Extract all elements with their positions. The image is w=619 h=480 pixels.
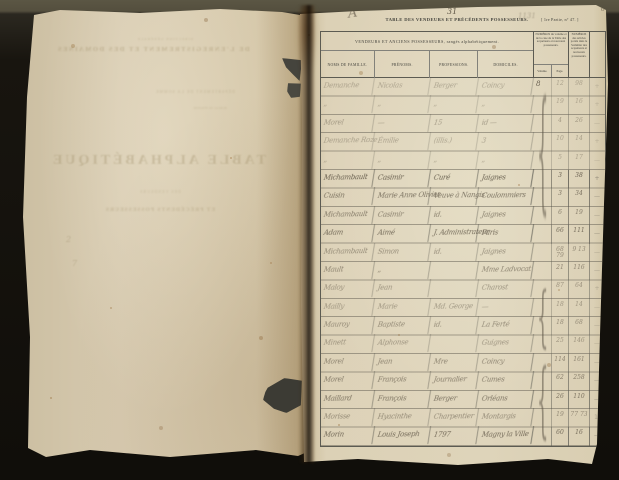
- cell-prenom: „: [372, 261, 431, 280]
- cell-nom: Demanche Roze: [318, 132, 375, 151]
- cell-page: 12: [552, 78, 569, 96]
- cell-domicile: Guignes: [476, 335, 534, 354]
- volume-page-labels: Volume. Page.: [534, 64, 568, 77]
- cell-obs: —: [590, 152, 604, 170]
- cell-volume: [534, 391, 552, 409]
- cell-obs: —: [590, 244, 604, 262]
- cell-page: 19: [552, 96, 569, 114]
- cell-page: 26: [552, 391, 569, 409]
- cell-domicile: La Ferté: [476, 316, 534, 335]
- cell-volume: [534, 115, 552, 133]
- cell-domicile: „: [476, 151, 534, 170]
- cell-prenom: —: [372, 114, 431, 133]
- cell-page: 21: [552, 262, 569, 280]
- cell-nom: Michambault: [318, 169, 375, 188]
- cell-page: 25: [552, 335, 569, 353]
- cell-domicile: „: [476, 95, 534, 114]
- ink-stain-patch: [263, 378, 302, 413]
- part-reference: [ 1re Partie, n° 47. ]: [541, 17, 599, 22]
- cell-obs: —: [590, 188, 604, 206]
- table-group-header: VENDEURS ET ANCIENS POSSESSEURS, rangés …: [321, 32, 533, 51]
- cell-volume: [534, 262, 552, 280]
- cell-article: 14: [569, 133, 590, 151]
- cell-volume: [534, 427, 552, 445]
- cell-page: 62: [552, 372, 569, 390]
- cell-page: 66: [552, 225, 569, 243]
- cell-nom: Maillard: [318, 390, 375, 409]
- cell-nom: Michambault: [318, 206, 375, 225]
- cell-article: 19: [569, 207, 590, 225]
- cell-nom: Demanche: [318, 77, 375, 96]
- handwritten-number: 31: [447, 7, 457, 16]
- col-header-prenoms: PRÉNOMS.: [375, 51, 431, 78]
- table-row: MaillyMarieMd. George—1814—: [321, 299, 605, 317]
- cell-volume: [534, 372, 552, 390]
- cell-page: 87: [552, 280, 569, 298]
- cell-article: 16: [569, 427, 590, 445]
- cell-prenom: Jean: [372, 279, 431, 298]
- cell-article: 161: [569, 354, 590, 372]
- cell-obs: —: [590, 115, 604, 133]
- cell-domicile: Paris: [476, 224, 534, 243]
- cell-prenom: Simon: [372, 243, 431, 262]
- cell-nom: Morin: [318, 426, 375, 445]
- scanned-register-spread: DIRECTION GÉNÉRALE DE L'ENREGISTREMENT E…: [0, 0, 619, 480]
- cell-domicile: Coincy: [476, 353, 534, 372]
- cell-domicile: id —: [476, 114, 534, 133]
- col-header-noms: NOMS DE FAMILLE.: [321, 51, 375, 78]
- table-body: DemancheNicolasBergerCoincy1298+„„„„1916…: [321, 78, 605, 446]
- cell-obs: +: [590, 133, 604, 151]
- cell-prenom: François: [372, 390, 431, 409]
- cell-article: 116: [569, 262, 590, 280]
- cell-article: 38: [569, 170, 590, 188]
- cell-page: 5: [552, 152, 569, 170]
- cell-profession: id.: [428, 316, 479, 335]
- cell-volume: [534, 299, 552, 317]
- cell-profession: „: [428, 151, 479, 170]
- cell-volume: [534, 78, 552, 96]
- cell-volume: [534, 152, 552, 170]
- cell-profession: Md. George: [428, 298, 479, 317]
- cell-article: 17: [569, 152, 590, 170]
- cell-nom: Morel: [318, 371, 375, 390]
- cell-volume: [534, 317, 552, 335]
- cell-prenom: Nicolas: [372, 77, 431, 96]
- cell-page: 19: [552, 409, 569, 427]
- cell-prenom: Hyacinthe: [372, 408, 431, 427]
- cell-volume: [534, 133, 552, 151]
- cell-profession: 1797: [428, 427, 479, 446]
- page-label: Page.: [552, 65, 569, 77]
- cell-nom: Morel: [318, 114, 375, 133]
- cell-obs: —: [590, 207, 604, 225]
- handwritten-corner-note: 1131: [518, 12, 536, 20]
- cell-nom: Michambault: [318, 243, 375, 262]
- ghost-line-1: DIRECTION GÉNÉRALE: [60, 37, 270, 41]
- cell-obs: —: [590, 372, 604, 390]
- cell-volume: [534, 207, 552, 225]
- cell-obs: —: [590, 262, 604, 280]
- cell-prenom: Baptiste: [372, 316, 431, 335]
- cell-profession: id.: [428, 206, 479, 225]
- cell-prenom: Casimir: [372, 206, 431, 225]
- cell-article: 111: [569, 225, 590, 243]
- cell-prenom: Marie Anne Olivier: [372, 187, 431, 206]
- cell-volume: [534, 96, 552, 114]
- cell-obs: —: [590, 391, 604, 409]
- table-row: MorisseHyacintheCharpentierMontargis1977…: [321, 409, 605, 427]
- cell-nom: Mailly: [318, 298, 375, 317]
- cell-volume: [534, 354, 552, 372]
- cell-article: 64: [569, 280, 590, 298]
- numeros-volume-text: NUMÉROS du volume et de la case de la Ta…: [534, 32, 568, 64]
- cell-domicile: 3: [476, 132, 534, 151]
- cell-prenom: „: [372, 95, 431, 114]
- cell-article: 14: [569, 299, 590, 317]
- cell-obs: —: [590, 354, 604, 372]
- cell-profession: 15: [428, 114, 479, 133]
- table-row: MinettAlphonseGuignes25146—: [321, 335, 605, 353]
- cell-volume: [534, 244, 552, 262]
- table-row: CuisinMarie Anne OlivierVeuve à NangisCo…: [321, 188, 605, 206]
- cell-domicile: Coincy: [476, 77, 534, 96]
- col-header-domiciles: DOMICILES.: [478, 51, 533, 78]
- cell-nom: Morisse: [318, 408, 375, 427]
- cell-volume: [534, 280, 552, 298]
- col-header-professions: PROFESSIONS.: [430, 51, 478, 78]
- cell-article: 77 73: [569, 409, 590, 427]
- cell-article: 16: [569, 96, 590, 114]
- book-gutter: [299, 5, 315, 463]
- cell-domicile: Orléans: [476, 390, 534, 409]
- cell-page: 114: [552, 354, 569, 372]
- cell-obs: +: [590, 96, 604, 114]
- cell-profession: [428, 261, 479, 280]
- ghost-mark: 2: [66, 235, 71, 244]
- col-header-observations: [590, 32, 604, 77]
- cell-profession: Berger: [428, 390, 479, 409]
- cell-volume: [534, 170, 552, 188]
- cell-volume: [534, 335, 552, 353]
- cell-page: 18: [552, 317, 569, 335]
- cell-prenom: Casimir: [372, 169, 431, 188]
- cell-domicile: Charost: [476, 279, 534, 298]
- cell-domicile: Jaignes: [476, 169, 534, 188]
- volume-label: Volume.: [534, 65, 552, 77]
- table-row: MichambaultCasimirid.Jaignes619—: [321, 207, 605, 225]
- ghost-mark: 7: [72, 259, 77, 268]
- table-row: „„„„1916+: [321, 96, 605, 114]
- page-title: TABLE DES VENDEURS ET PRÉCÉDENTS POSSESS…: [382, 17, 532, 22]
- cell-page: 10: [552, 133, 569, 151]
- table-row: MauroyBaptisteid.La Ferté1868—: [321, 317, 605, 335]
- cell-article: 146: [569, 335, 590, 353]
- cell-obs: +: [590, 280, 604, 298]
- table-row: MorelFrançoisJournalierCumes62258—: [321, 372, 605, 390]
- column-headers: NOMS DE FAMILLE. PRÉNOMS. PROFESSIONS. D…: [321, 51, 533, 78]
- table-row: Demanche RozeÉmilie(illis.)31014+: [321, 133, 605, 151]
- cell-article: 26: [569, 115, 590, 133]
- cell-prenom: Louis Joseph: [372, 426, 431, 445]
- table-row: „„„„517—: [321, 152, 605, 170]
- ghost-subtitle-2: ET PRÉCÉDENTS POSSESSEURS: [65, 207, 255, 213]
- cell-profession: J. Administrateur: [428, 224, 479, 243]
- ghost-line-2: DE L'ENREGISTREMENT ET DES DOMAINES: [38, 46, 268, 53]
- table-header-left: VENDEURS ET ANCIENS POSSESSEURS, rangés …: [321, 32, 534, 77]
- cell-prenom: Jean: [372, 353, 431, 372]
- cell-domicile: Montargis: [476, 408, 534, 427]
- cell-prenom: „: [372, 151, 431, 170]
- cell-article: 110: [569, 391, 590, 409]
- cell-obs: +: [590, 78, 604, 96]
- cell-page: 68 79: [552, 244, 569, 262]
- cell-profession: [428, 335, 479, 354]
- table-header: VENDEURS ET ANCIENS POSSESSEURS, rangés …: [321, 32, 605, 78]
- ghost-line-4: BUREAU DE PÉRONNE: [170, 106, 250, 110]
- cell-nom: Mault: [318, 261, 375, 280]
- table-row: MichambaultSimonid.Jaignes68 799 13—: [321, 244, 605, 262]
- cell-obs: —: [590, 317, 604, 335]
- register-table: VENDEURS ET ANCIENS POSSESSEURS, rangés …: [320, 31, 606, 447]
- cell-domicile: Jaignes: [476, 206, 534, 225]
- cell-page: 6: [552, 207, 569, 225]
- ghost-title: TABLE ALPHABÉTIQUE: [38, 153, 278, 169]
- cell-obs: —: [590, 225, 604, 243]
- left-page: DIRECTION GÉNÉRALE DE L'ENREGISTREMENT E…: [20, 7, 308, 459]
- cell-article: 98: [569, 78, 590, 96]
- cell-domicile: Coulommiers: [476, 187, 534, 206]
- cell-profession: „: [428, 96, 479, 115]
- cell-nom: „: [318, 95, 375, 114]
- cell-domicile: Mme Ladvocat: [476, 261, 534, 280]
- cell-page: 3: [552, 170, 569, 188]
- cell-profession: Mre: [428, 353, 479, 372]
- cell-article: 258: [569, 372, 590, 390]
- cell-nom: Maloy: [318, 279, 375, 298]
- cell-profession: Berger: [428, 77, 479, 96]
- cell-domicile: Cumes: [476, 371, 534, 390]
- cell-profession: [428, 279, 479, 298]
- cell-nom: Mauroy: [318, 316, 375, 335]
- cell-article: 34: [569, 188, 590, 206]
- cell-profession: Curé: [428, 169, 479, 188]
- ghost-line-3: DÉPARTEMENT DE LA SOMME: [130, 89, 260, 94]
- cell-article: 9 13: [569, 244, 590, 262]
- table-row: Morel—15id —426—: [321, 115, 605, 133]
- cell-domicile: Jaignes: [476, 243, 534, 262]
- cell-profession: Journalier: [428, 371, 479, 390]
- table-row: DemancheNicolasBergerCoincy1298+: [321, 78, 605, 96]
- cell-page: 18: [552, 299, 569, 317]
- cell-obs: —: [590, 427, 604, 445]
- cell-page: 3: [552, 188, 569, 206]
- cell-article: 68: [569, 317, 590, 335]
- cell-volume: [534, 188, 552, 206]
- table-row: Mault„Mme Ladvocat21116—: [321, 262, 605, 280]
- cell-volume: [534, 225, 552, 243]
- table-row: AdamAiméJ. AdministrateurParis66111—: [321, 225, 605, 243]
- cell-domicile: Magny la Ville: [476, 426, 534, 445]
- table-row: MorelJeanMreCoincy114161—: [321, 354, 605, 372]
- cell-profession: id.: [428, 243, 479, 262]
- col-header-numeros-volume: NUMÉROS du volume et de la case de la Ta…: [534, 32, 569, 77]
- cell-obs: +: [590, 170, 604, 188]
- cell-nom: „: [318, 151, 375, 170]
- cell-prenom: Alphonse: [372, 334, 431, 353]
- cell-page: 60: [552, 427, 569, 445]
- cell-domicile: —: [476, 298, 534, 317]
- cell-volume: [534, 409, 552, 427]
- col-header-numeros-articles: NUMÉROS des articles portés dans le Somm…: [569, 32, 590, 77]
- cell-prenom: Marie: [372, 298, 431, 317]
- cell-obs: 1.: [590, 409, 604, 427]
- table-row: MorinLouis Joseph1797Magny la Ville6016—: [321, 427, 605, 445]
- cell-nom: Morel: [318, 353, 375, 372]
- cell-prenom: Aimé: [372, 224, 431, 243]
- ghost-subtitle-1: DES VENDEURS: [100, 189, 220, 194]
- folio-number: 6: [601, 6, 605, 13]
- cell-prenom: François: [372, 371, 431, 390]
- table-row: MaillardFrançoisBergerOrléans26110—: [321, 391, 605, 409]
- cell-profession: Charpentier: [428, 408, 479, 427]
- table-row: MichambaultCasimirCuréJaignes338+: [321, 170, 605, 188]
- cell-nom: Cuisin: [318, 187, 375, 206]
- cell-nom: Minett: [318, 335, 375, 354]
- cell-obs: —: [590, 299, 604, 317]
- cell-page: 4: [552, 115, 569, 133]
- foxing-spots: [20, 7, 22, 9]
- cell-profession: (illis.): [428, 132, 479, 151]
- cell-nom: Adam: [318, 224, 375, 243]
- handwritten-index-letter: A: [347, 5, 358, 21]
- table-row: MaloyJeanCharost8764+: [321, 280, 605, 298]
- right-page: A 31 TABLE DES VENDEURS ET PRÉCÉDENTS PO…: [298, 4, 612, 468]
- cell-prenom: Émilie: [372, 132, 431, 151]
- cell-obs: —: [590, 335, 604, 353]
- cell-profession: Veuve à Nangis: [428, 188, 479, 207]
